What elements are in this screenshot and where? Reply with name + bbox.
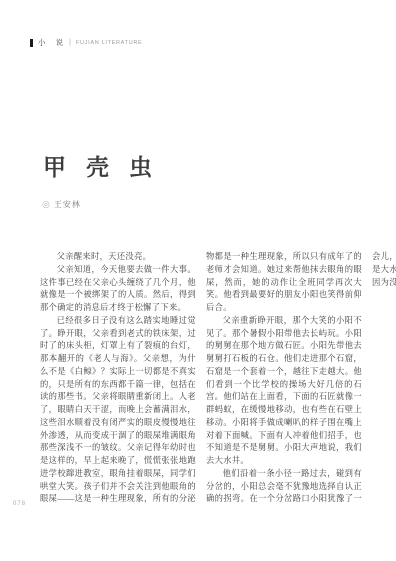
article-title: 甲壳虫 <box>43 149 172 182</box>
article-body: 父亲醒来时，天还没亮。 父亲知道，今天他要去做一件大事。这件事已经在父亲心头缠绕… <box>40 251 362 507</box>
paragraph: 父亲醒来时，天还没亮。 <box>40 251 196 264</box>
section-label: 小 说 <box>38 37 67 48</box>
page-number: 078 <box>13 501 26 507</box>
section-marker-icon <box>30 39 33 47</box>
author-name: 王安林 <box>54 199 81 210</box>
paragraph: 父亲知道，今天他要去做一件大事。这件事已经在父亲心头缠绕了几个月，他就像是一个被… <box>40 264 196 315</box>
magazine-page: 小 说 | FUJIAN LITERATURE 甲壳虫 ◎ 王安林 父亲醒来时，… <box>0 0 396 561</box>
page-header: 小 说 | FUJIAN LITERATURE <box>30 37 142 48</box>
paragraph: 父亲重新睁开眼，那个大笑的小阳不见了。那个暑假小阳带他去长屿玩。小阳的舅舅在那个… <box>206 315 362 468</box>
author-line: ◎ 王安林 <box>42 199 81 210</box>
author-bullet-icon: ◎ <box>42 200 50 209</box>
magazine-name: FUJIAN LITERATURE <box>76 40 143 46</box>
header-separator: | <box>69 39 71 46</box>
